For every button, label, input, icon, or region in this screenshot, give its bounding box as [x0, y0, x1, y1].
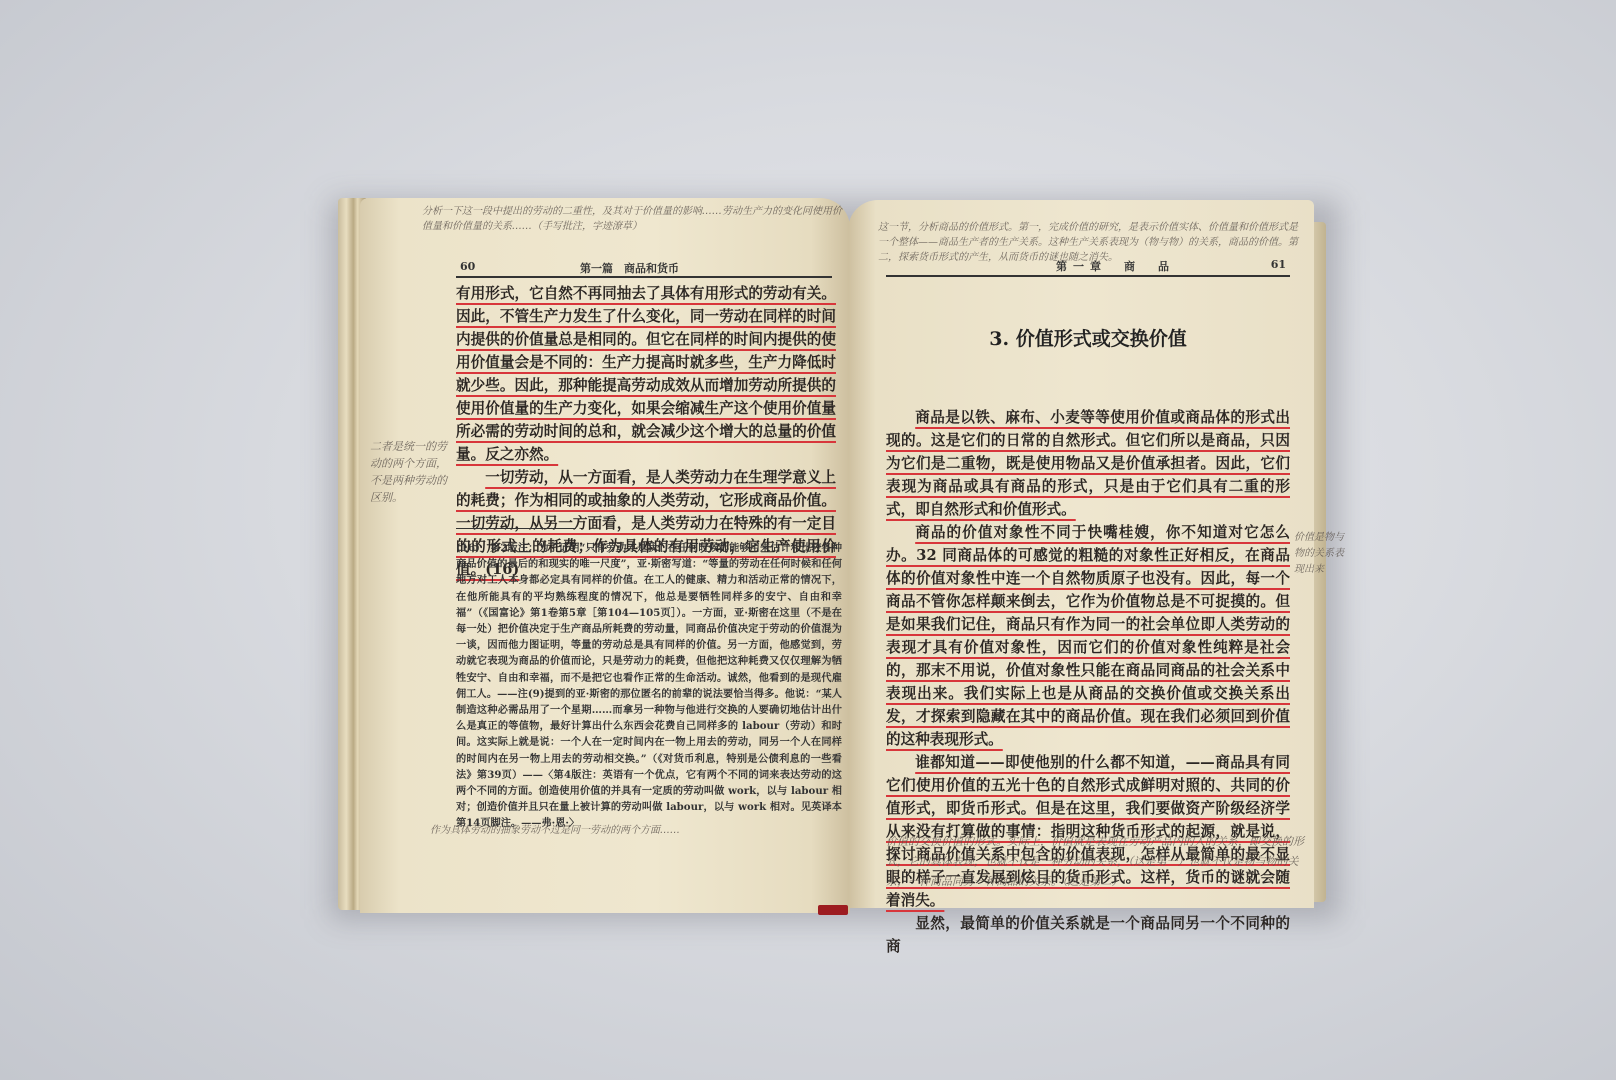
book-spine-red-binding [818, 905, 848, 915]
right-bottom-handwritten-note: 价值的交换价值的形式。实际上，价值就是表现在劳动产品内的人的关系，即交换的形式，… [886, 832, 1306, 892]
right-head-rule [886, 275, 1290, 277]
left-running-title: 第一篇 商品和货币 [580, 260, 679, 276]
right-page: 这一节，分析商品的价值形式。第一，完成价值的研究，是表示价值实体、价值量和价值形… [848, 200, 1314, 908]
section-title: 3. 价值形式或交换价值 [886, 324, 1290, 351]
right-paragraph-2: 商品的价值对象性不同于快嘴桂嫂，你不知道对它怎么办。32 同商品体的可感觉的粗糙… [886, 521, 1290, 751]
left-margin-handwritten-note: 二者是统一的劳动的两个方面，不是两种劳动的区别。 [370, 438, 450, 506]
right-page-number: 61 [1271, 258, 1286, 271]
left-paragraph-1: 有用形式，它自然不再同抽去了具体有用形式的劳动有关。因此，不管生产力发生了什么变… [456, 282, 836, 466]
footnote-16: (16) 第2版注：为了证明“只有劳动才是我们在任何时候都能够用来估计和比较各种… [456, 540, 842, 832]
left-page: 分析一下这一段中提出的劳动的二重性，及其对于价值量的影响……劳动生产力的变化同使… [360, 198, 850, 913]
right-running-title: 第一章 商 品 [1056, 258, 1175, 274]
right-paragraph-1: 商品是以铁、麻布、小麦等等使用价值或商品体的形式出现的。这是它们的日常的自然形式… [886, 406, 1290, 521]
left-head-rule [456, 276, 832, 278]
left-page-number: 60 [460, 260, 475, 273]
left-top-handwritten-note: 分析一下这一段中提出的劳动的二重性，及其对于价值量的影响……劳动生产力的变化同使… [422, 204, 842, 234]
left-body: 有用形式，它自然不再同抽去了具体有用形式的劳动有关。因此，不管生产力发生了什么变… [456, 282, 836, 581]
right-paragraph-4: 显然，最简单的价值关系就是一个商品同另一个不同种的商 [886, 912, 1290, 958]
left-bottom-handwritten-note: 作为具体劳动的抽象劳动不过是同一劳动的两个方面…… [430, 823, 850, 838]
right-margin-handwritten-note: 价值是物与物的关系表现出来 [1294, 530, 1344, 578]
footnote-rule [456, 528, 576, 529]
